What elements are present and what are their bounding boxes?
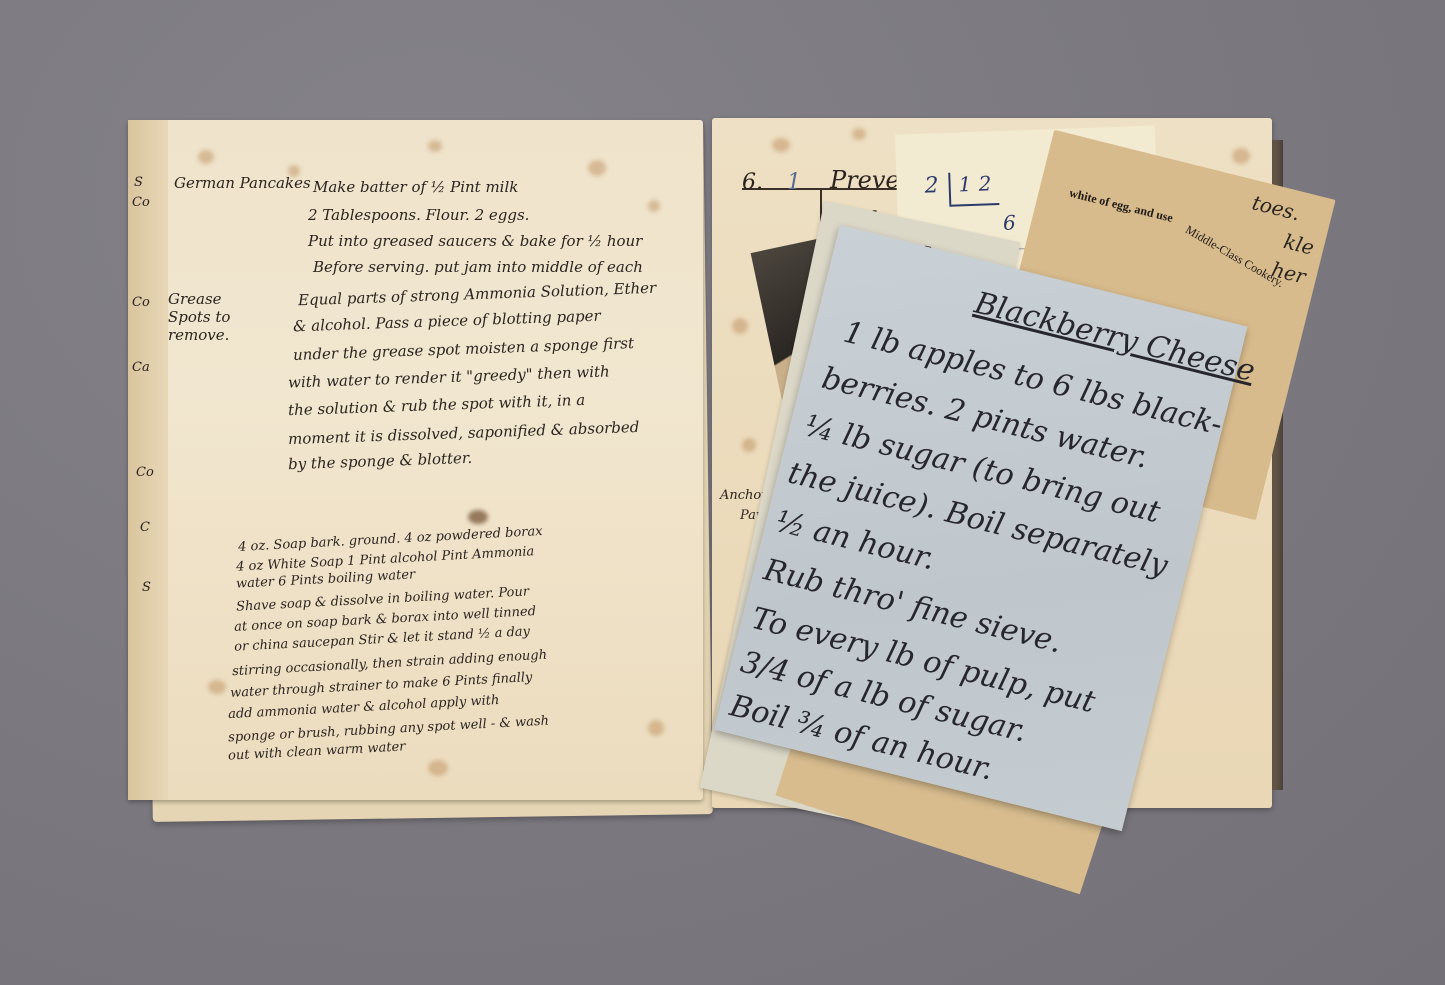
recipe-line: Equal parts of strong Ammonia Solution, …: [298, 279, 657, 309]
margin-letter: Ca: [132, 360, 150, 375]
margin-letter: Co: [132, 195, 150, 210]
page-partial-word: toes.: [1250, 190, 1303, 225]
header-fragment: 6.: [742, 170, 763, 195]
torn-margin-strip: S Co Co Ca Co C S: [128, 120, 168, 800]
ledger-number: 1: [958, 172, 972, 196]
margin-letter: Co: [132, 295, 150, 310]
recipe-line: 2 Tablespoons. Flour. 2 eggs.: [308, 206, 529, 224]
margin-letter: S: [142, 580, 151, 595]
cutting-text: white of egg, and use: [1068, 186, 1175, 226]
ledger-number: 2: [978, 171, 992, 195]
recipe-line: Before serving. put jam into middle of e…: [313, 258, 643, 276]
ledger-number: 6: [1003, 210, 1017, 234]
recipe-line: Put into greased saucers & bake for ½ ho…: [308, 232, 642, 250]
foxing-stain: [852, 128, 866, 140]
foxing-stain: [772, 138, 790, 152]
foxing-stain: [742, 438, 756, 452]
foxing-stain: [428, 760, 448, 776]
recipe-title-grease-spots: Grease Spots to remove.: [168, 290, 263, 344]
foxing-stain: [1232, 148, 1250, 164]
foxing-stain: [732, 318, 748, 334]
ledger-number: 2: [924, 173, 939, 198]
recipe-line: Make batter of ½ Pint milk: [313, 178, 518, 196]
ledger-bracket: [949, 203, 999, 207]
foxing-stain: [198, 150, 214, 164]
foxing-stain: [648, 200, 660, 212]
ink-blot: [468, 510, 488, 524]
recipe-line: & alcohol. Pass a piece of blotting pape…: [293, 307, 601, 336]
foxing-stain: [428, 140, 442, 152]
left-notebook-page: S Co Co Ca Co C S German Pancakes Make b…: [128, 120, 703, 800]
foxing-stain: [588, 160, 606, 176]
header-fragment: 1: [787, 170, 801, 195]
foxing-stain: [648, 720, 664, 736]
recipe-line: with water to render it "greedy" then wi…: [288, 362, 610, 391]
recipe-title-german-pancakes: German Pancakes: [174, 174, 311, 192]
ledger-bracket: [948, 173, 951, 205]
foxing-stain: [208, 680, 226, 694]
recipe-line: by the sponge & blotter.: [288, 449, 473, 473]
margin-letter: Co: [136, 465, 154, 480]
page-partial-word: kle: [1281, 229, 1316, 260]
recipe-line: under the grease spot moisten a sponge f…: [293, 334, 634, 364]
margin-letter: C: [140, 520, 150, 535]
margin-letter: S: [134, 175, 143, 190]
recipe-line: the solution & rub the spot with it, in …: [288, 391, 586, 419]
recipe-line: moment it is dissolved, saponified & abs…: [288, 418, 640, 448]
